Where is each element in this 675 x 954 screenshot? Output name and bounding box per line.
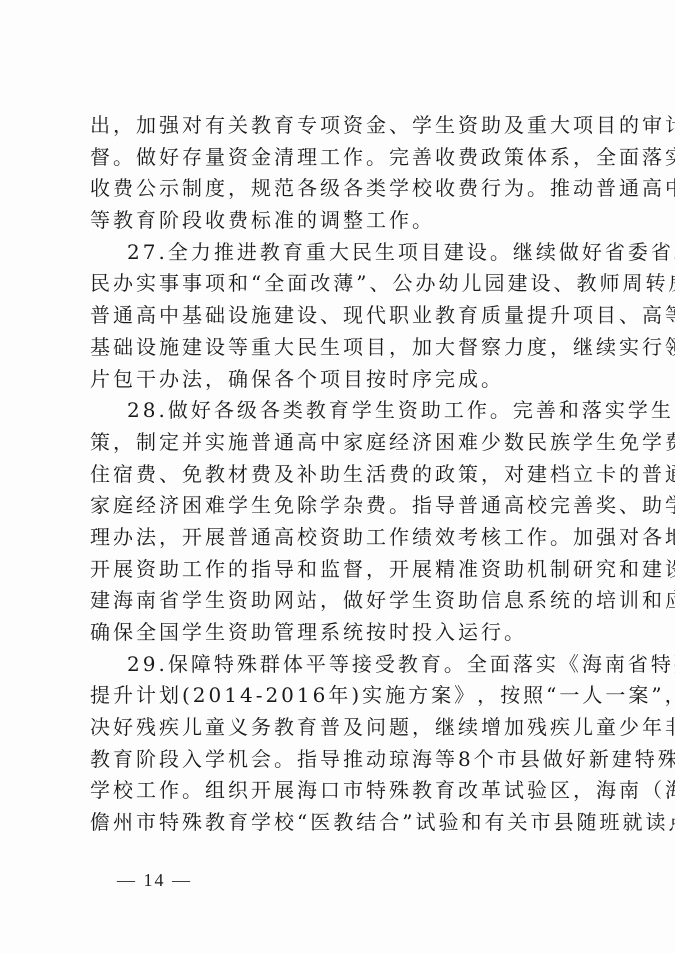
- text-line: 29.保障特殊群体平等接受教育。全面落实《海南省特殊教育: [90, 649, 595, 681]
- text-line: 基础设施建设等重大民生项目，加大督察力度，继续实行领导分: [90, 332, 595, 364]
- text-line: 儋州市特殊教育学校“医教结合”试验和有关市县随班就读点项: [90, 807, 595, 839]
- text-line: 建海南省学生资助网站，做好学生资助信息系统的培训和应用，: [90, 585, 595, 617]
- text-line: 住宿费、免教材费及补助生活费的政策，对建档立卡的普通高中: [90, 459, 595, 491]
- text-line: 28.做好各级各类教育学生资助工作。完善和落实学生资助政: [90, 395, 595, 427]
- text-line: 家庭经济困难学生免除学杂费。指导普通高校完善奖、助学金管: [90, 490, 595, 522]
- text-line: 确保全国学生资助管理系统按时投入运行。: [90, 617, 595, 649]
- text-line: 普通高中基础设施建设、现代职业教育质量提升项目、高等学校: [90, 300, 595, 332]
- text-line: 督。做好存量资金清理工作。完善收费政策体系，全面落实学校: [90, 142, 595, 174]
- text-line: 出，加强对有关教育专项资金、学生资助及重大项目的审计和监: [90, 110, 595, 142]
- text-line: 决好残疾儿童义务教育普及问题，继续增加残疾儿童少年非义务: [90, 712, 595, 744]
- text-line: 开展资助工作的指导和监督，开展精准资助机制研究和建设。创: [90, 554, 595, 586]
- text-line: 理办法，开展普通高校资助工作绩效考核工作。加强对各地各校: [90, 522, 595, 554]
- paragraph-item-28: 28.做好各级各类教育学生资助工作。完善和落实学生资助政策，制定并实施普通高中家…: [90, 395, 600, 649]
- paragraph-item-27: 27.全力推进教育重大民生项目建设。继续做好省委省政府为民办实事事项和“全面改薄…: [90, 237, 600, 395]
- document-body: 出，加强对有关教育专项资金、学生资助及重大项目的审计和监督。做好存量资金清理工作…: [90, 110, 600, 839]
- text-line: 民办实事事项和“全面改薄”、公办幼儿园建设、教师周转房建设、: [90, 268, 595, 300]
- text-line: 学校工作。组织开展海口市特殊教育改革试验区，海南（海口）、: [90, 775, 595, 807]
- text-line: 收费公示制度，规范各级各类学校收费行为。推动普通高中和高: [90, 173, 595, 205]
- text-line: 提升计划(2014-2016年)实施方案》，按照“一人一案”，重点解: [90, 680, 595, 712]
- text-line: 策，制定并实施普通高中家庭经济困难少数民族学生免学费、免: [90, 427, 595, 459]
- text-line: 片包干办法，确保各个项目按时序完成。: [90, 364, 595, 396]
- text-line: 等教育阶段收费标准的调整工作。: [90, 205, 595, 237]
- text-line: 教育阶段入学机会。指导推动琼海等8个市县做好新建特殊教育: [90, 744, 595, 776]
- paragraph-continuation: 出，加强对有关教育专项资金、学生资助及重大项目的审计和监督。做好存量资金清理工作…: [90, 110, 600, 237]
- text-line: 27.全力推进教育重大民生项目建设。继续做好省委省政府为: [90, 237, 595, 269]
- paragraph-item-29: 29.保障特殊群体平等接受教育。全面落实《海南省特殊教育提升计划(2014-20…: [90, 649, 600, 839]
- page-number: — 14 —: [117, 870, 192, 891]
